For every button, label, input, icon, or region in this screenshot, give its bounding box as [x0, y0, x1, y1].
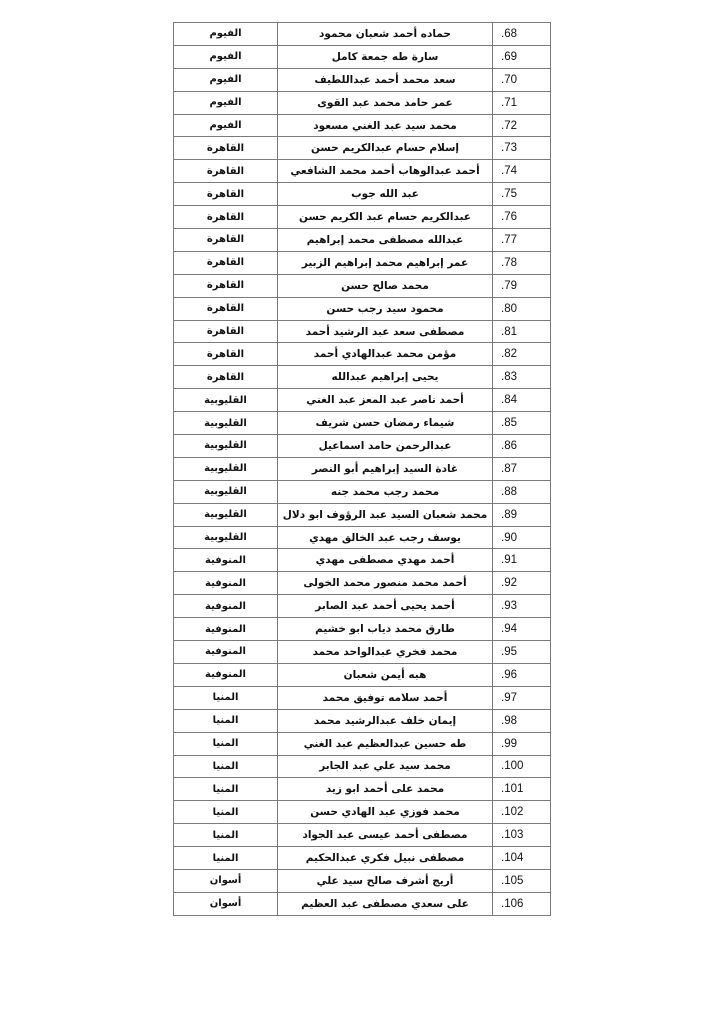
- governorate-cell: القليوبية: [174, 503, 278, 526]
- table-row: المنيا إيمان خلف عبدالرشيد محمد .98: [174, 709, 551, 732]
- name-cell: إسلام حسام عبدالكريم حسن: [278, 137, 493, 160]
- row-number: .72: [493, 120, 517, 132]
- number-cell: .78: [493, 251, 551, 274]
- name-cell: غادة السيد إبراهيم أبو النصر: [278, 457, 493, 480]
- name-cell: مصطفى نبيل فكري عبدالحكيم: [278, 847, 493, 870]
- governorate-cell: القليوبية: [174, 389, 278, 412]
- name-cell: أحمد ناصر عبد المعز عبد الغني: [278, 389, 493, 412]
- row-number: .86: [493, 440, 517, 452]
- row-number: .78: [493, 257, 517, 269]
- name-cell: أحمد عبدالوهاب أحمد محمد الشافعي: [278, 160, 493, 183]
- number-cell: .83: [493, 366, 551, 389]
- table-row: القليوبية غادة السيد إبراهيم أبو النصر .…: [174, 457, 551, 480]
- table-row: الفيوم سارة طه جمعة كامل .69: [174, 45, 551, 68]
- governorate-cell: المنوفية: [174, 572, 278, 595]
- table-row: القاهرة عبدالله مصطفى محمد إبراهيم .77: [174, 229, 551, 252]
- governorate-cell: المنيا: [174, 686, 278, 709]
- row-number: .91: [493, 554, 517, 566]
- table-row: المنيا أحمد سلامه توفيق محمد .97: [174, 686, 551, 709]
- number-cell: .71: [493, 91, 551, 114]
- governorate-cell: المنوفية: [174, 641, 278, 664]
- name-cell: طارق محمد دياب ابو خشيم: [278, 618, 493, 641]
- row-number: .97: [493, 692, 517, 704]
- number-cell: .92: [493, 572, 551, 595]
- row-number: .85: [493, 417, 517, 429]
- number-cell: .99: [493, 732, 551, 755]
- table-row: المنيا مصطفى نبيل فكري عبدالحكيم .104: [174, 847, 551, 870]
- governorate-cell: المنيا: [174, 847, 278, 870]
- name-cell: أحمد محمد منصور محمد الخولى: [278, 572, 493, 595]
- governorate-cell: القاهرة: [174, 206, 278, 229]
- row-number: .82: [493, 348, 517, 360]
- table-row: القليوبية عبدالرحمن حامد اسماعيل .86: [174, 435, 551, 458]
- document-page: الفيوم حماده أحمد شعبان محمود .68 الفيوم…: [0, 0, 720, 1018]
- row-number: .74: [493, 165, 517, 177]
- governorate-cell: القاهرة: [174, 366, 278, 389]
- row-number: .84: [493, 394, 517, 406]
- row-number: .83: [493, 371, 517, 383]
- name-cell: عمر حامد محمد عبد القوى: [278, 91, 493, 114]
- table-row: القاهرة إسلام حسام عبدالكريم حسن .73: [174, 137, 551, 160]
- number-cell: .96: [493, 663, 551, 686]
- number-cell: .101: [493, 778, 551, 801]
- name-cell: عبدالكريم حسام عبد الكريم حسن: [278, 206, 493, 229]
- name-cell: يوسف رجب عبد الخالق مهدي: [278, 526, 493, 549]
- number-cell: .93: [493, 595, 551, 618]
- row-number: .88: [493, 486, 517, 498]
- governorate-cell: القليوبية: [174, 526, 278, 549]
- row-number: .69: [493, 51, 517, 63]
- row-number: .71: [493, 97, 517, 109]
- table-row: أسوان على سعدي مصطفى عبد العظيم .106: [174, 892, 551, 915]
- governorate-cell: المنيا: [174, 778, 278, 801]
- name-cell: أحمد مهدي مصطفى مهدي: [278, 549, 493, 572]
- table-row: المنيا محمد على أحمد ابو زيد .101: [174, 778, 551, 801]
- row-number: .103: [493, 829, 523, 841]
- table-row: الفيوم محمد سيد عبد الغني مسعود .72: [174, 114, 551, 137]
- row-number: .87: [493, 463, 517, 475]
- name-cell: محمد سيد علي عبد الجابر: [278, 755, 493, 778]
- number-cell: .97: [493, 686, 551, 709]
- row-number: .68: [493, 28, 517, 40]
- governorate-cell: القاهرة: [174, 297, 278, 320]
- table-row: القاهرة عمر إبراهيم محمد إبراهيم الزبير …: [174, 251, 551, 274]
- governorate-cell: القاهرة: [174, 160, 278, 183]
- governorate-cell: المنوفية: [174, 595, 278, 618]
- name-cell: محمد شعبان السيد عبد الرؤوف ابو دلال: [278, 503, 493, 526]
- table-row: القليوبية محمد شعبان السيد عبد الرؤوف اب…: [174, 503, 551, 526]
- table-row: القليوبية أحمد ناصر عبد المعز عبد الغني …: [174, 389, 551, 412]
- name-cell: محمد على أحمد ابو زيد: [278, 778, 493, 801]
- number-cell: .100: [493, 755, 551, 778]
- governorate-cell: المنيا: [174, 755, 278, 778]
- number-cell: .69: [493, 45, 551, 68]
- name-cell: محمد فخري عبدالواحد محمد: [278, 641, 493, 664]
- governorate-cell: القليوبية: [174, 480, 278, 503]
- table-row: القاهرة محمد صالح حسن .79: [174, 274, 551, 297]
- governorate-cell: أسوان: [174, 869, 278, 892]
- row-number: .105: [493, 875, 523, 887]
- name-cell: أريج أشرف صالح سيد علي: [278, 869, 493, 892]
- row-number: .89: [493, 509, 517, 521]
- name-cell: عبد الله جوب: [278, 183, 493, 206]
- row-number: .95: [493, 646, 517, 658]
- governorate-cell: المنيا: [174, 732, 278, 755]
- governorate-cell: المنوفية: [174, 549, 278, 572]
- table-row: القاهرة محمود سيد رجب حسن .80: [174, 297, 551, 320]
- row-number: .92: [493, 577, 517, 589]
- number-cell: .80: [493, 297, 551, 320]
- row-number: .76: [493, 211, 517, 223]
- number-cell: .94: [493, 618, 551, 641]
- name-cell: أحمد سلامه توفيق محمد: [278, 686, 493, 709]
- governorate-cell: الفيوم: [174, 23, 278, 46]
- governorate-cell: الفيوم: [174, 91, 278, 114]
- table-body: الفيوم حماده أحمد شعبان محمود .68 الفيوم…: [174, 23, 551, 916]
- name-cell: عبدالله مصطفى محمد إبراهيم: [278, 229, 493, 252]
- name-cell: حماده أحمد شعبان محمود: [278, 23, 493, 46]
- governorate-cell: القاهرة: [174, 320, 278, 343]
- number-cell: .70: [493, 68, 551, 91]
- number-cell: .88: [493, 480, 551, 503]
- governorate-cell: المنيا: [174, 801, 278, 824]
- governorate-cell: القاهرة: [174, 183, 278, 206]
- number-cell: .84: [493, 389, 551, 412]
- name-cell: على سعدي مصطفى عبد العظيم: [278, 892, 493, 915]
- table-row: المنوفية هبه أيمن شعبان .96: [174, 663, 551, 686]
- table-row: المنوفية طارق محمد دياب ابو خشيم .94: [174, 618, 551, 641]
- row-number: .102: [493, 806, 523, 818]
- table-row: المنيا محمد سيد علي عبد الجابر .100: [174, 755, 551, 778]
- name-cell: شيماء رمضان حسن شريف: [278, 412, 493, 435]
- table-row: القليوبية يوسف رجب عبد الخالق مهدي .90: [174, 526, 551, 549]
- table-row: الفيوم سعد محمد أحمد عبداللطيف .70: [174, 68, 551, 91]
- table-row: الفيوم عمر حامد محمد عبد القوى .71: [174, 91, 551, 114]
- number-cell: .73: [493, 137, 551, 160]
- table-row: القاهرة عبدالكريم حسام عبد الكريم حسن .7…: [174, 206, 551, 229]
- row-number: .101: [493, 783, 523, 795]
- governorate-cell: القليوبية: [174, 457, 278, 480]
- row-number: .79: [493, 280, 517, 292]
- name-cell: طه حسين عبدالعظيم عبد الغني: [278, 732, 493, 755]
- number-cell: .102: [493, 801, 551, 824]
- name-cell: محمد سيد عبد الغني مسعود: [278, 114, 493, 137]
- governorate-cell: الفيوم: [174, 45, 278, 68]
- number-cell: .75: [493, 183, 551, 206]
- number-cell: .103: [493, 824, 551, 847]
- table-row: القليوبية شيماء رمضان حسن شريف .85: [174, 412, 551, 435]
- row-number: .99: [493, 738, 517, 750]
- row-number: .81: [493, 326, 517, 338]
- table-row: القاهرة عبد الله جوب .75: [174, 183, 551, 206]
- table-row: القاهرة مصطفى سعد عبد الرشيد أحمد .81: [174, 320, 551, 343]
- name-cell: إيمان خلف عبدالرشيد محمد: [278, 709, 493, 732]
- governorate-cell: القاهرة: [174, 251, 278, 274]
- governorate-cell: الفيوم: [174, 68, 278, 91]
- row-number: .75: [493, 188, 517, 200]
- number-cell: .91: [493, 549, 551, 572]
- row-number: .96: [493, 669, 517, 681]
- table-row: القاهرة يحيى إبراهيم عبدالله .83: [174, 366, 551, 389]
- number-cell: .106: [493, 892, 551, 915]
- names-table: الفيوم حماده أحمد شعبان محمود .68 الفيوم…: [173, 22, 551, 916]
- number-cell: .89: [493, 503, 551, 526]
- number-cell: .85: [493, 412, 551, 435]
- table-row: المنوفية أحمد محمد منصور محمد الخولى .92: [174, 572, 551, 595]
- table-row: المنوفية محمد فخري عبدالواحد محمد .95: [174, 641, 551, 664]
- table-row: أسوان أريج أشرف صالح سيد علي .105: [174, 869, 551, 892]
- governorate-cell: أسوان: [174, 892, 278, 915]
- row-number: .70: [493, 74, 517, 86]
- governorate-cell: القليوبية: [174, 435, 278, 458]
- number-cell: .104: [493, 847, 551, 870]
- name-cell: محمد صالح حسن: [278, 274, 493, 297]
- table-row: المنوفية أحمد يحيى أحمد عبد الصابر .93: [174, 595, 551, 618]
- number-cell: .81: [493, 320, 551, 343]
- table-row: المنيا مصطفى أحمد عيسى عبد الجواد .103: [174, 824, 551, 847]
- row-number: .100: [493, 760, 523, 772]
- row-number: .106: [493, 898, 523, 910]
- row-number: .77: [493, 234, 517, 246]
- name-cell: مصطفى سعد عبد الرشيد أحمد: [278, 320, 493, 343]
- number-cell: .76: [493, 206, 551, 229]
- row-number: .93: [493, 600, 517, 612]
- name-cell: محمد رجب محمد جنه: [278, 480, 493, 503]
- governorate-cell: القاهرة: [174, 137, 278, 160]
- table-row: المنوفية أحمد مهدي مصطفى مهدي .91: [174, 549, 551, 572]
- name-cell: هبه أيمن شعبان: [278, 663, 493, 686]
- number-cell: .86: [493, 435, 551, 458]
- table-row: القاهرة مؤمن محمد عبدالهادي أحمد .82: [174, 343, 551, 366]
- table-row: الفيوم حماده أحمد شعبان محمود .68: [174, 23, 551, 46]
- number-cell: .87: [493, 457, 551, 480]
- name-cell: سارة طه جمعة كامل: [278, 45, 493, 68]
- row-number: .73: [493, 142, 517, 154]
- table-row: القليوبية محمد رجب محمد جنه .88: [174, 480, 551, 503]
- number-cell: .79: [493, 274, 551, 297]
- name-cell: سعد محمد أحمد عبداللطيف: [278, 68, 493, 91]
- governorate-cell: القاهرة: [174, 343, 278, 366]
- number-cell: .90: [493, 526, 551, 549]
- name-cell: مؤمن محمد عبدالهادي أحمد: [278, 343, 493, 366]
- row-number: .98: [493, 715, 517, 727]
- governorate-cell: الفيوم: [174, 114, 278, 137]
- number-cell: .68: [493, 23, 551, 46]
- number-cell: .74: [493, 160, 551, 183]
- number-cell: .72: [493, 114, 551, 137]
- name-cell: محمود سيد رجب حسن: [278, 297, 493, 320]
- name-cell: عمر إبراهيم محمد إبراهيم الزبير: [278, 251, 493, 274]
- table-row: المنيا محمد فوزي عبد الهادي حسن .102: [174, 801, 551, 824]
- governorate-cell: القاهرة: [174, 274, 278, 297]
- name-cell: عبدالرحمن حامد اسماعيل: [278, 435, 493, 458]
- number-cell: .105: [493, 869, 551, 892]
- table-row: القاهرة أحمد عبدالوهاب أحمد محمد الشافعي…: [174, 160, 551, 183]
- table-row: المنيا طه حسين عبدالعظيم عبد الغني .99: [174, 732, 551, 755]
- number-cell: .77: [493, 229, 551, 252]
- name-cell: مصطفى أحمد عيسى عبد الجواد: [278, 824, 493, 847]
- governorate-cell: المنوفية: [174, 618, 278, 641]
- governorate-cell: القاهرة: [174, 229, 278, 252]
- governorate-cell: المنوفية: [174, 663, 278, 686]
- name-cell: محمد فوزي عبد الهادي حسن: [278, 801, 493, 824]
- name-cell: يحيى إبراهيم عبدالله: [278, 366, 493, 389]
- row-number: .104: [493, 852, 523, 864]
- row-number: .90: [493, 532, 517, 544]
- number-cell: .82: [493, 343, 551, 366]
- row-number: .94: [493, 623, 517, 635]
- number-cell: .95: [493, 641, 551, 664]
- number-cell: .98: [493, 709, 551, 732]
- row-number: .80: [493, 303, 517, 315]
- governorate-cell: القليوبية: [174, 412, 278, 435]
- governorate-cell: المنيا: [174, 709, 278, 732]
- name-cell: أحمد يحيى أحمد عبد الصابر: [278, 595, 493, 618]
- governorate-cell: المنيا: [174, 824, 278, 847]
